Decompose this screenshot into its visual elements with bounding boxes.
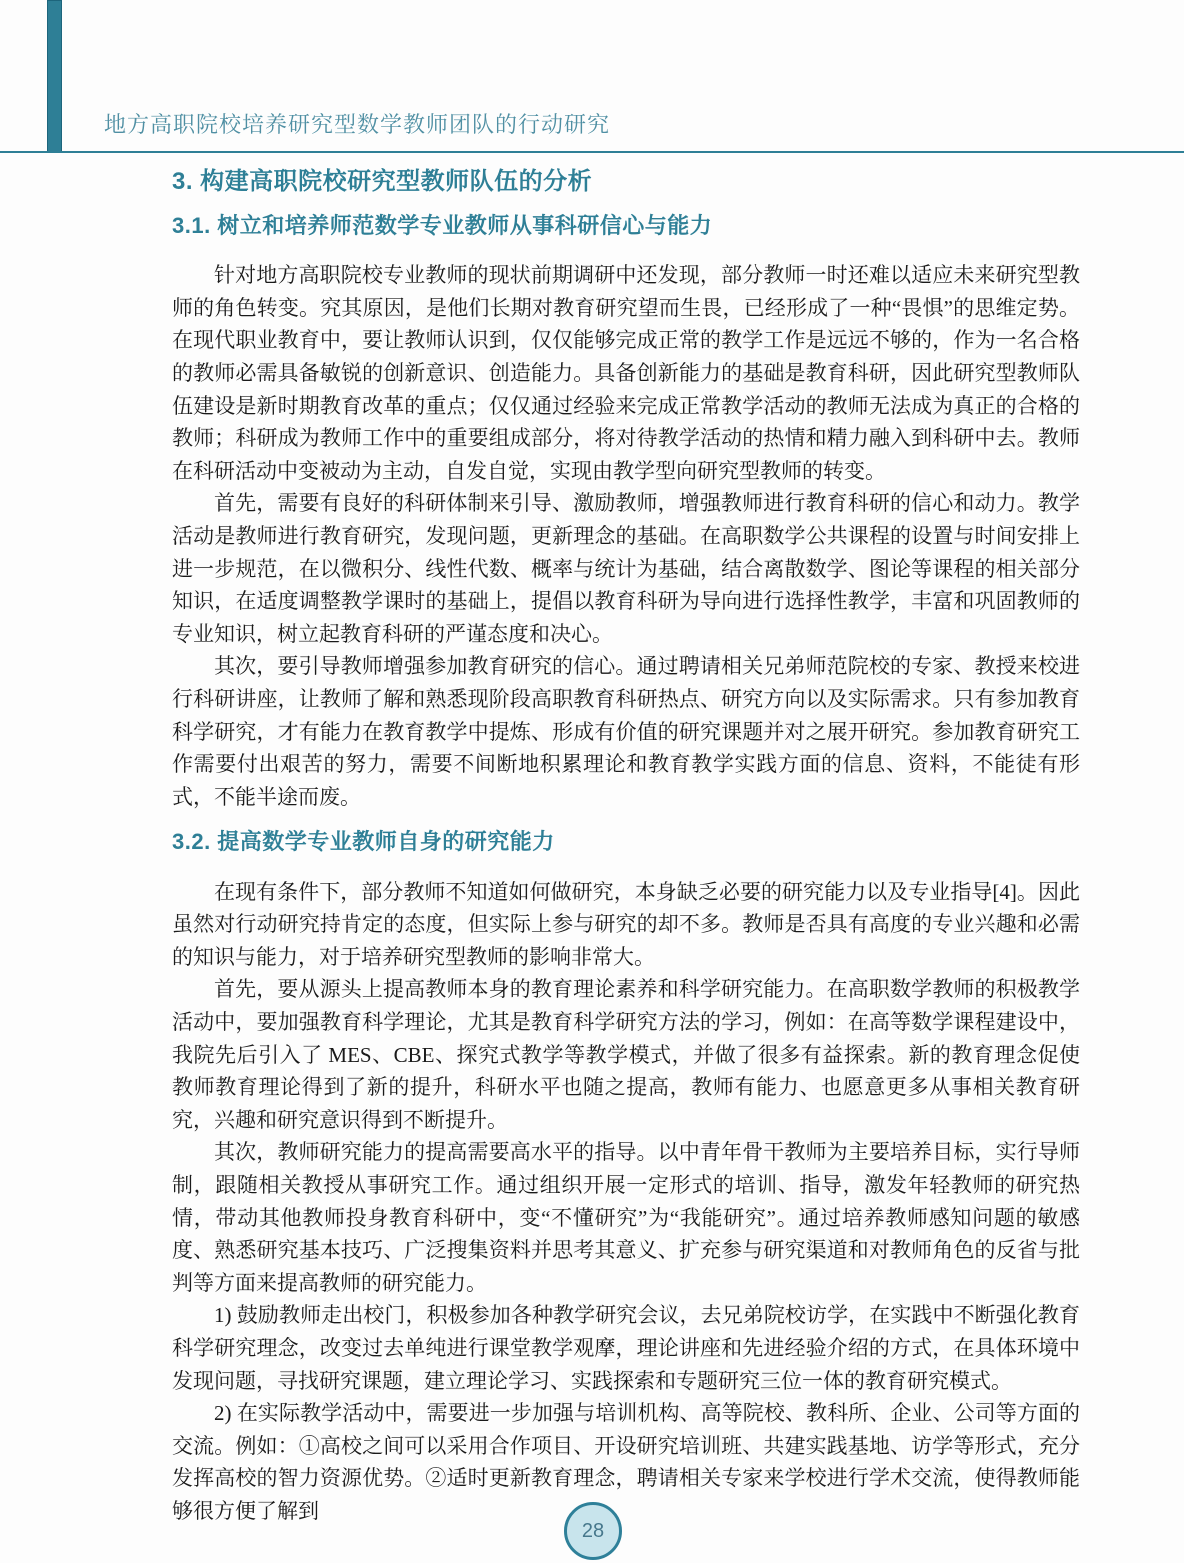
- body-paragraph: 1) 鼓励教师走出校门，积极参加各种教学研究会议，去兄弟院校访学，在实践中不断强…: [172, 1299, 1080, 1397]
- body-paragraph: 其次，教师研究能力的提高需要高水平的指导。以中青年骨干教师为主要培养目标，实行导…: [172, 1136, 1080, 1299]
- body-paragraph: 其次，要引导教师增强参加教育研究的信心。通过聘请相关兄弟师范院校的专家、教授来校…: [172, 650, 1080, 813]
- body-paragraph: 针对地方高职院校专业教师的现状前期调研中还发现，部分教师一时还难以适应未来研究型…: [172, 259, 1080, 487]
- page-number: 28: [582, 1520, 604, 1543]
- body-paragraph: 首先，要从源头上提高教师本身的教育理论素养和科学研究能力。在高职数学教师的积极教…: [172, 973, 1080, 1136]
- running-header-title: 地方高职院校培养研究型数学教师团队的行动研究: [104, 108, 610, 139]
- header-divider-line: [0, 151, 1184, 153]
- section-heading: 3. 构建高职院校研究型教师队伍的分析: [172, 168, 1080, 197]
- body-paragraph: 首先，需要有良好的科研体制来引导、激励教师，增强教师进行教育科研的信心和动力。教…: [172, 487, 1080, 650]
- body-paragraph: 在现有条件下，部分教师不知道如何做研究，本身缺乏必要的研究能力以及专业指导[4]…: [172, 876, 1080, 974]
- page-number-badge: 28: [564, 1502, 622, 1560]
- body-paragraph: 2) 在实际教学活动中，需要进一步加强与培训机构、高等院校、教科所、企业、公司等…: [172, 1397, 1080, 1527]
- header-accent-bar: [47, 0, 62, 152]
- subsection-heading-3-1: 3.1. 树立和培养师范数学专业教师从事科研信心与能力: [172, 213, 1080, 239]
- page-content: 3. 构建高职院校研究型教师队伍的分析 3.1. 树立和培养师范数学专业教师从事…: [172, 168, 1080, 1528]
- document-page: 地方高职院校培养研究型数学教师团队的行动研究 3. 构建高职院校研究型教师队伍的…: [0, 0, 1184, 1563]
- subsection-heading-3-2: 3.2. 提高数学专业教师自身的研究能力: [172, 829, 1080, 855]
